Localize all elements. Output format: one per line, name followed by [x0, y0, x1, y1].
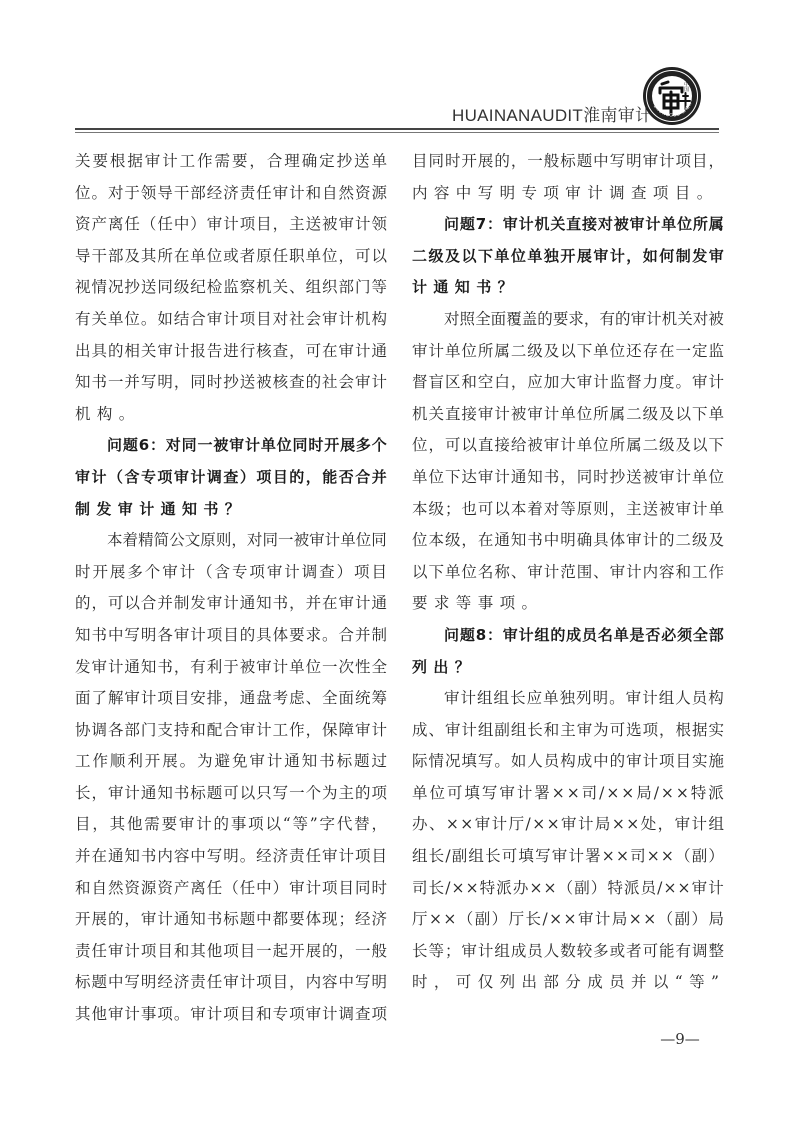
body-text-line: 机构。: [75, 399, 387, 431]
body-text-line: 责任审计项目和其他项目一起开展的，一般: [75, 936, 387, 968]
body-text-line: 出具的相关审计报告进行核查，可在审计通: [75, 336, 387, 368]
body-text-line: 位。对于领导干部经济责任审计和自然资源: [75, 178, 387, 210]
body-text-line: 时开展多个审计（含专项审计调查）项目: [75, 557, 387, 589]
audit-seal-logo-icon: 中 国 ZHONGGUO SHENJI: [642, 66, 702, 126]
page-header: HUAINANAUDIT淮南审计 中 国 ZHONGGUO SHENJI: [0, 0, 793, 140]
body-text-line: 和自然资源资产离任（任中）审计项目同时: [75, 873, 387, 905]
body-text-line: 发审计通知书，有利于被审计单位一次性全: [75, 652, 387, 684]
body-text-line: 目，其他需要审计的事项以“等”字代替，: [75, 809, 387, 841]
question-heading-line: 问题7：审计机关直接对被审计单位所属: [412, 209, 724, 241]
body-text-line: 目同时开展的，一般标题中写明审计项目，: [412, 146, 724, 178]
body-text-line: 位，可以直接给被审计单位所属二级及以下: [412, 430, 724, 462]
body-text-line: 位本级，在通知书中明确具体审计的二级及: [412, 525, 724, 557]
left-column: 关要根据审计工作需要，合理确定抄送单位。对于领导干部经济责任审计和自然资源资产离…: [75, 146, 387, 1031]
question-heading-line: 计通知书？: [412, 272, 724, 304]
body-text-line: 开展的，审计通知书标题中都要体现；经济: [75, 904, 387, 936]
body-text-line: 视情况抄送同级纪检监察机关、组织部门等: [75, 272, 387, 304]
body-text-line: 要求等事项。: [412, 588, 724, 620]
question-heading-line: 二级及以下单位单独开展审计，如何制发审: [412, 241, 724, 273]
body-text-line: 本着精简公文原则，对同一被审计单位同: [75, 525, 387, 557]
body-text-line: 的，可以合并制发审计通知书，并在审计通: [75, 588, 387, 620]
question-heading-line: 问题6：对同一被审计单位同时开展多个: [75, 430, 387, 462]
body-text-line: 督盲区和空白，应加大审计监督力度。审计: [412, 367, 724, 399]
body-text-line: 单位下达审计通知书，同时抄送被审计单位: [412, 462, 724, 494]
body-text-line: 其他审计事项。审计项目和专项审计调查项: [75, 999, 387, 1031]
page-number: —9—: [650, 1030, 710, 1048]
question-heading-line: 审计（含专项审计调查）项目的，能否合并: [75, 462, 387, 494]
body-text-line: 关要根据审计工作需要，合理确定抄送单: [75, 146, 387, 178]
question-heading-line: 制发审计通知书？: [75, 494, 387, 526]
body-text-line: 审计单位所属二级及以下单位还存在一定监: [412, 336, 724, 368]
journal-title: HUAINANAUDIT淮南审计: [452, 101, 652, 126]
svg-text:国: 国: [684, 86, 689, 93]
body-text-line: 知书一并写明，同时抄送被核查的社会审计: [75, 367, 387, 399]
header-rule-thin: [75, 132, 719, 133]
body-text-line: 以下单位名称、审计范围、审计内容和工作: [412, 557, 724, 589]
body-text-line: 内容中写明专项审计调查项目。: [412, 178, 724, 210]
body-text-line: 时，可仅列出部分成员并以“等”字结尾。: [412, 967, 724, 999]
body-text-line: 厅××（副）厅长/××审计局××（副）局: [412, 904, 724, 936]
body-text-line: 面了解审计项目安排，通盘考虑、全面统筹: [75, 683, 387, 715]
right-column: 目同时开展的，一般标题中写明审计项目，内容中写明专项审计调查项目。问题7：审计机…: [412, 146, 724, 999]
body-text-line: 司长/××特派办××（副）特派员/××审计: [412, 873, 724, 905]
body-text-line: 机关直接审计被审计单位所属二级及以下单: [412, 399, 724, 431]
header-rule-thick: [75, 128, 719, 130]
body-text-line: 成、审计组副组长和主审为可选项，根据实: [412, 715, 724, 747]
body-text-line: 单位可填写审计署××司/××局/××特派: [412, 778, 724, 810]
body-text-line: 组长/副组长可填写审计署××司××（副）: [412, 841, 724, 873]
body-text-line: 标题中写明经济责任审计项目，内容中写明: [75, 967, 387, 999]
body-text-line: 协调各部门支持和配合审计工作，保障审计: [75, 715, 387, 747]
body-text-line: 知书中写明各审计项目的具体要求。合并制: [75, 620, 387, 652]
body-text-line: 长，审计通知书标题可以只写一个为主的项: [75, 778, 387, 810]
body-text-line: 工作顺利开展。为避免审计通知书标题过: [75, 746, 387, 778]
question-heading-line: 列出？: [412, 652, 724, 684]
body-text-line: 本级；也可以本着对等原则，主送被审计单: [412, 494, 724, 526]
body-text-line: 资产离任（任中）审计项目，主送被审计领: [75, 209, 387, 241]
question-heading-line: 问题8：审计组的成员名单是否必须全部: [412, 620, 724, 652]
body-text-line: 办、××审计厅/××审计局××处，审计组: [412, 809, 724, 841]
body-text-line: 对照全面覆盖的要求，有的审计机关对被: [412, 304, 724, 336]
body-text-line: 长等；审计组成员人数较多或者可能有调整: [412, 936, 724, 968]
body-text-line: 导干部及其所在单位或者原任职单位，可以: [75, 241, 387, 273]
body-text-line: 有关单位。如结合审计项目对社会审计机构: [75, 304, 387, 336]
body-text-line: 并在通知书内容中写明。经济责任审计项目: [75, 841, 387, 873]
body-text-line: 审计组组长应单独列明。审计组人员构: [412, 683, 724, 715]
body-text-line: 际情况填写。如人员构成中的审计项目实施: [412, 746, 724, 778]
